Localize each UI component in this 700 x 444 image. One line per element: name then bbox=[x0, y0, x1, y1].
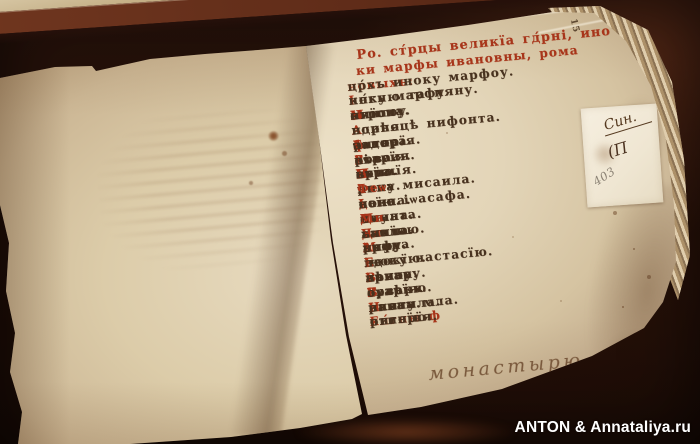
shelf-label-number: 403 bbox=[590, 164, 617, 189]
watermark: ANTON & Annataliya.ru bbox=[515, 419, 691, 437]
shelf-label-series: (П bbox=[605, 138, 630, 162]
shelf-label: Син. (П 403 bbox=[581, 103, 664, 207]
ink-stain bbox=[249, 181, 253, 185]
shelf-label-collection: Син. bbox=[600, 105, 653, 137]
photo-museum-manuscript: Ро. ст́рцы великїа гд́рні, иноки марфы и… bbox=[0, 0, 700, 444]
